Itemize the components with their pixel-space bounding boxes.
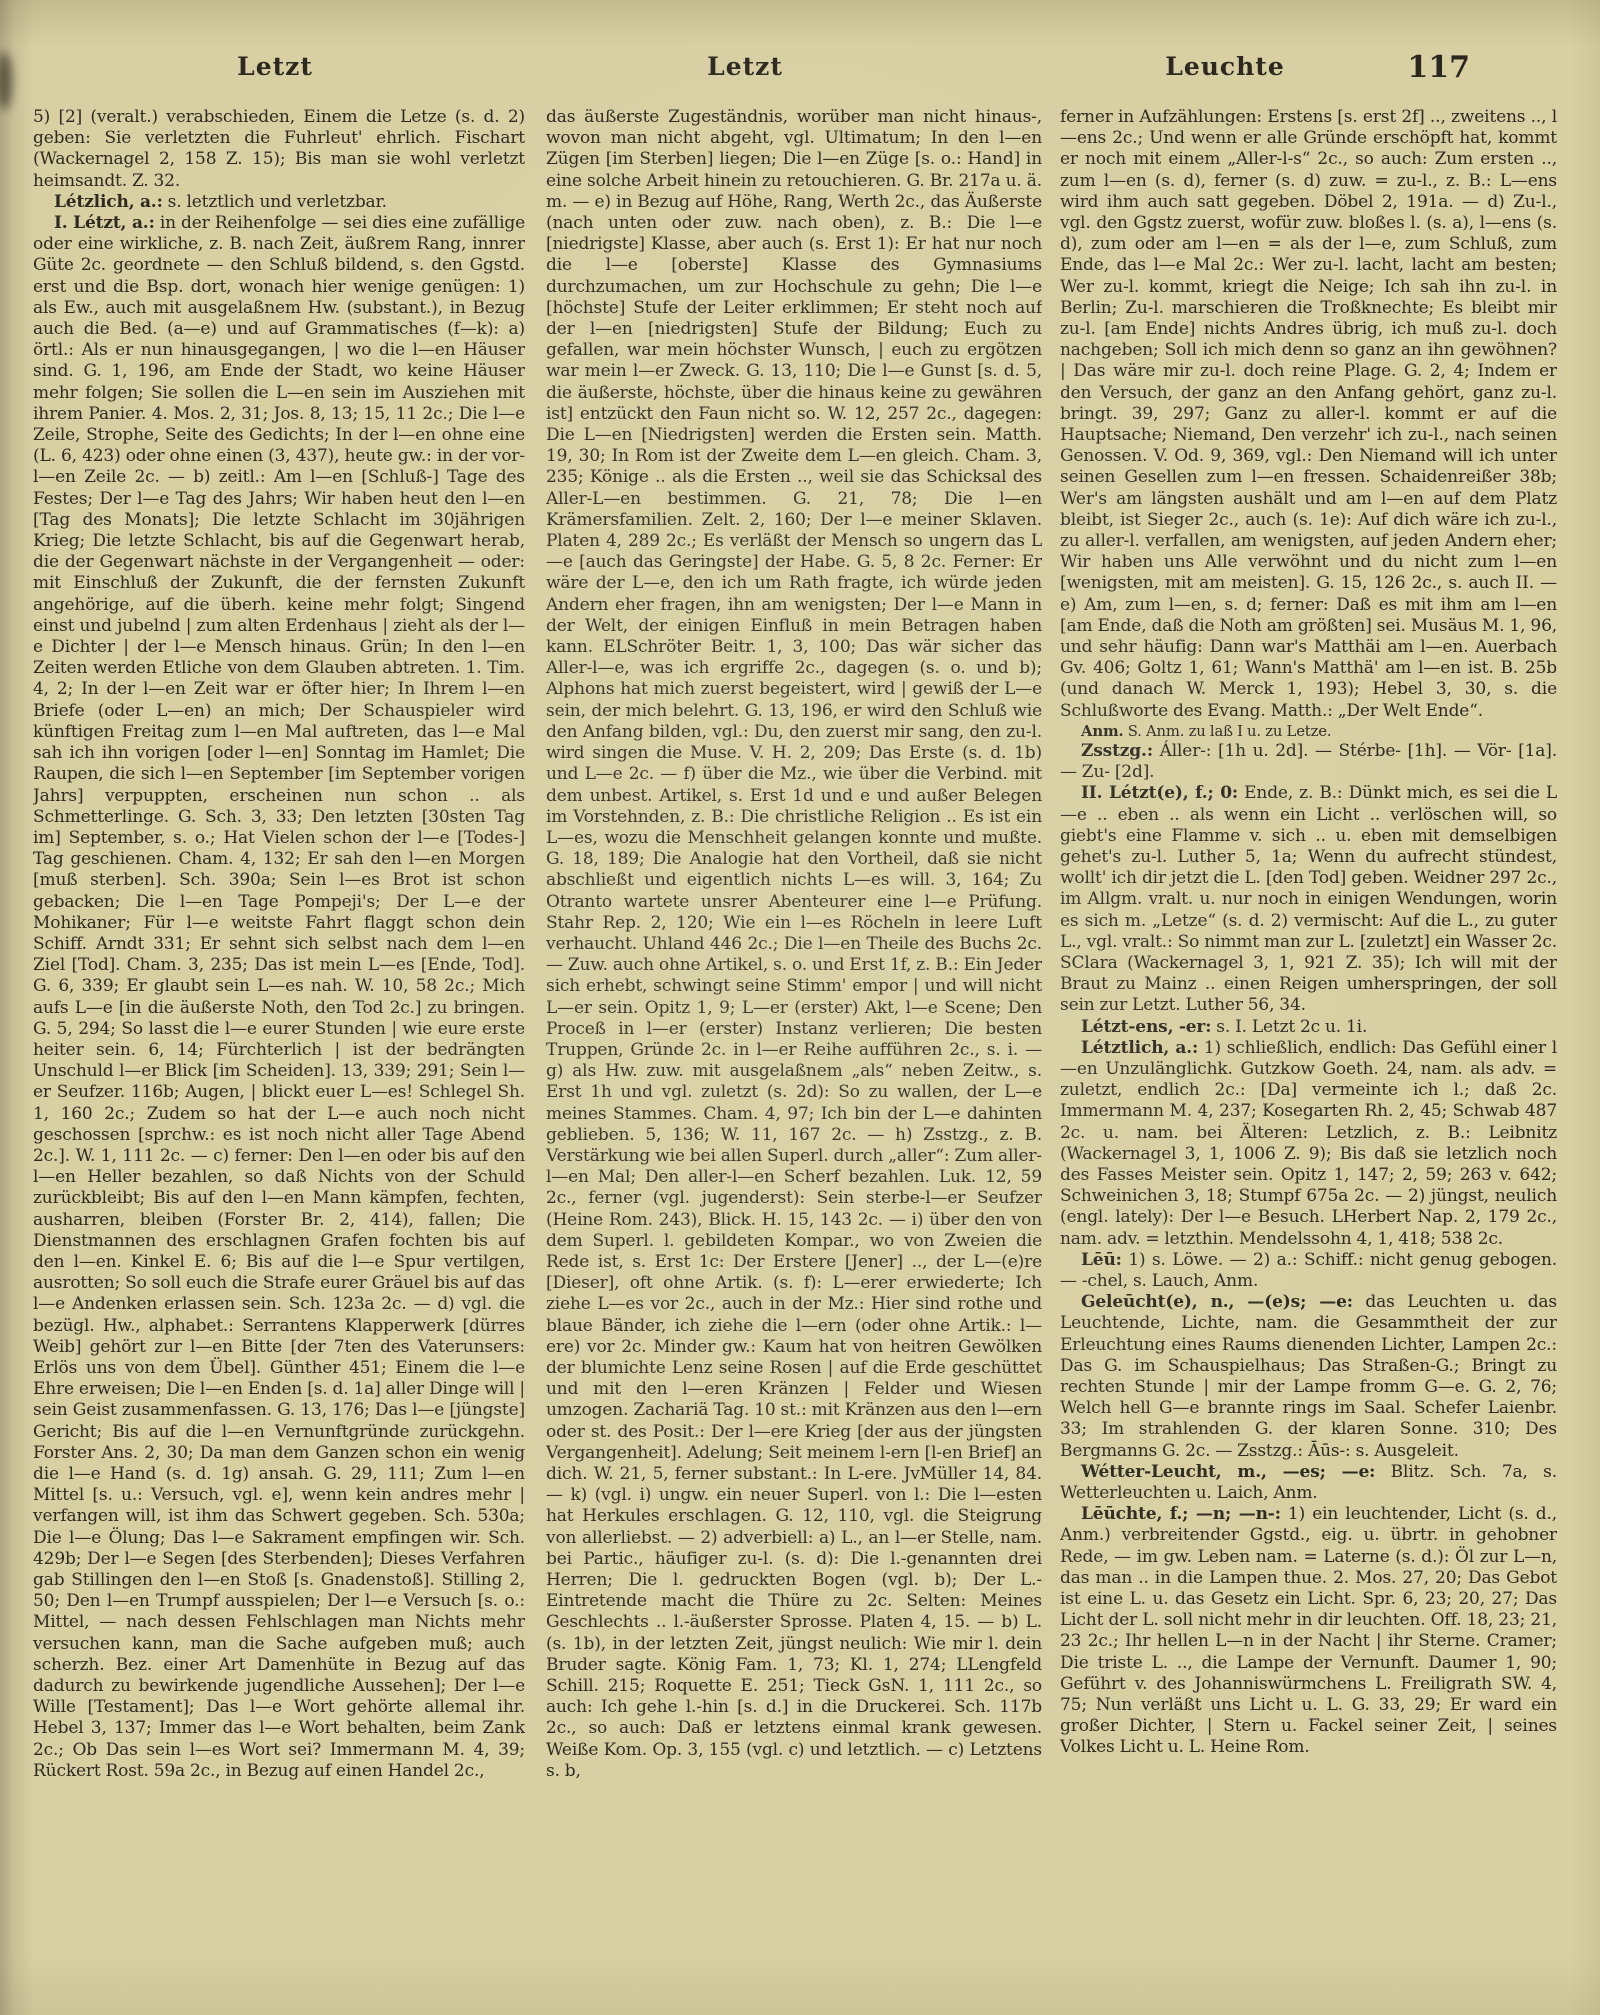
text-column-1: 5) [2] (veralt.) verabschieden, Einem di…: [33, 107, 525, 1907]
dictionary-paragraph: ferner in Aufzählungen: Erstens [s. erst…: [1060, 107, 1557, 722]
dictionary-paragraph: Geleūcht(e), n., —(e)s; —e: das Leuchten…: [1060, 1292, 1557, 1462]
dictionary-paragraph: Lēūchte, f.; —n; —n-: 1) ein leuchtender…: [1060, 1504, 1557, 1758]
dictionary-paragraph: 5) [2] (veralt.) verabschieden, Einem di…: [33, 107, 525, 192]
running-head-center: Letzt: [665, 54, 825, 80]
entry-headword: I. Létzt, a.:: [54, 213, 155, 233]
entry-headword: Lēūchte, f.; —n; —n-:: [1081, 1504, 1281, 1524]
dictionary-paragraph: I. Létzt, a.: in der Reihenfolge — sei d…: [33, 213, 525, 1782]
text-column-2: das äußerste Zugeständnis, worüber man n…: [546, 107, 1042, 1907]
dictionary-page: Letzt Letzt Leuchte 117 5) [2] (veralt.)…: [0, 0, 1600, 2015]
page-number: 117: [1400, 50, 1470, 85]
running-head-left: Letzt: [195, 54, 355, 80]
dictionary-paragraph: Zsstzg.: Áller-: [1h u. 2d]. — Stérbe- […: [1060, 741, 1557, 783]
entry-headword: Anm.: [1081, 723, 1123, 740]
entry-headword: Létzt-ens, -er:: [1081, 1017, 1211, 1037]
entry-headword: Zsstzg.:: [1081, 741, 1153, 761]
entry-headword: Lēū:: [1081, 1250, 1122, 1270]
entry-headword: Létztlich, a.:: [1081, 1038, 1198, 1058]
dictionary-paragraph: Létzt-ens, -er: s. I. Letzt 2c u. 1i.: [1060, 1017, 1557, 1038]
entry-headword: Létzlich, a.:: [54, 192, 163, 212]
dictionary-paragraph: Létztlich, a.: 1) schließlich, endlich: …: [1060, 1038, 1557, 1250]
entry-headword: Geleūcht(e), n., —(e)s; —e:: [1081, 1292, 1353, 1312]
dictionary-paragraph: das äußerste Zugeständnis, worüber man n…: [546, 107, 1042, 1782]
dictionary-paragraph: Anm. S. Anm. zu laß I u. zu Letze.: [1060, 722, 1557, 741]
entry-headword: II. Létzt(e), f.; 0:: [1081, 783, 1238, 803]
scan-corner-blot: [0, 52, 12, 110]
text-column-3: ferner in Aufzählungen: Erstens [s. erst…: [1060, 107, 1557, 1907]
entry-headword: Wétter-Leucht, m., —es; —e:: [1081, 1462, 1375, 1482]
scanned-dictionary-page: { "page": { "number": "117", "running_he…: [0, 0, 1600, 2015]
running-head-right: Leuchte: [1140, 54, 1310, 80]
dictionary-paragraph: Lēū: 1) s. Löwe. — 2) a.: Schiff.: nicht…: [1060, 1250, 1557, 1292]
dictionary-paragraph: Wétter-Leucht, m., —es; —e: Blitz. Sch. …: [1060, 1462, 1557, 1504]
dictionary-paragraph: Létzlich, a.: s. letztlich und verletzba…: [33, 192, 525, 213]
dictionary-paragraph: II. Létzt(e), f.; 0: Ende, z. B.: Dünkt …: [1060, 783, 1557, 1016]
